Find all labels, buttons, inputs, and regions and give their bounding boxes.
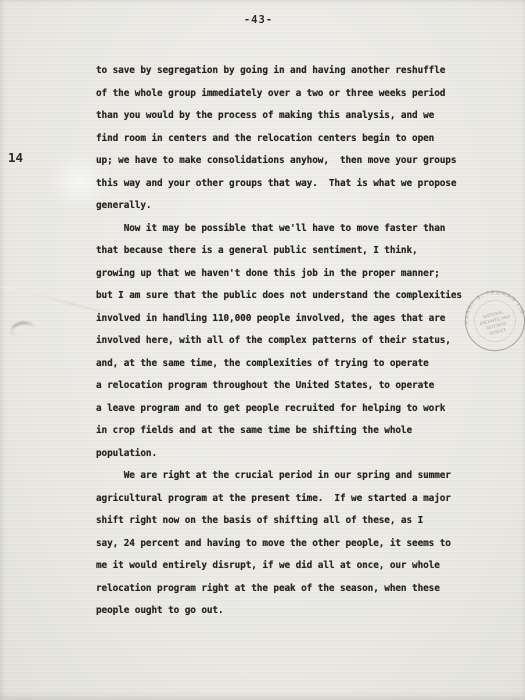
text-line: a relocation program throughout the Unit… — [96, 375, 496, 398]
text-line: but I am sure that the public does not u… — [96, 285, 496, 308]
page-number-header: -43- — [0, 14, 517, 26]
text-line: of the whole group immediately over a tw… — [96, 83, 496, 106]
text-line: involved in handling 110,000 people invo… — [96, 308, 496, 331]
text-line: Now it may be possible that we'll have t… — [96, 218, 496, 241]
text-line: relocation program right at the peak of … — [96, 578, 496, 601]
text-line: me it would entirely disrupt, if we did … — [96, 555, 496, 578]
text-line: shift right now on the basis of shifting… — [96, 510, 496, 533]
document-body-text: to save by segregation by going in and h… — [96, 60, 496, 623]
text-line: a leave program and to get people recrui… — [96, 398, 496, 421]
text-line: growing up that we haven't done this job… — [96, 263, 496, 286]
text-line: people ought to go out. — [96, 600, 496, 623]
margin-page-marker: 14 — [8, 150, 23, 165]
text-line: agricultural program at the present time… — [96, 488, 496, 511]
text-line: to save by segregation by going in and h… — [96, 60, 496, 83]
scanned-document-page: -43- 14 to save by segregation by going … — [0, 0, 525, 700]
text-line: We are right at the crucial period in ou… — [96, 465, 496, 488]
text-line: this way and your other groups that way.… — [96, 173, 496, 196]
text-line: involved here, with all of the complex p… — [96, 330, 496, 353]
text-line: up; we have to make consolidations anyho… — [96, 150, 496, 173]
paper-smudge — [10, 320, 35, 339]
text-line: in crop fields and at the same time be s… — [96, 420, 496, 443]
text-line: generally. — [96, 195, 496, 218]
text-line: population. — [96, 443, 496, 466]
text-line: find room in centers and the relocation … — [96, 128, 496, 151]
text-line: and, at the same time, the complexities … — [96, 353, 496, 376]
text-line: than you would by the process of making … — [96, 105, 496, 128]
text-line: that because there is a general public s… — [96, 240, 496, 263]
text-line: say, 24 percent and having to move the o… — [96, 533, 496, 556]
